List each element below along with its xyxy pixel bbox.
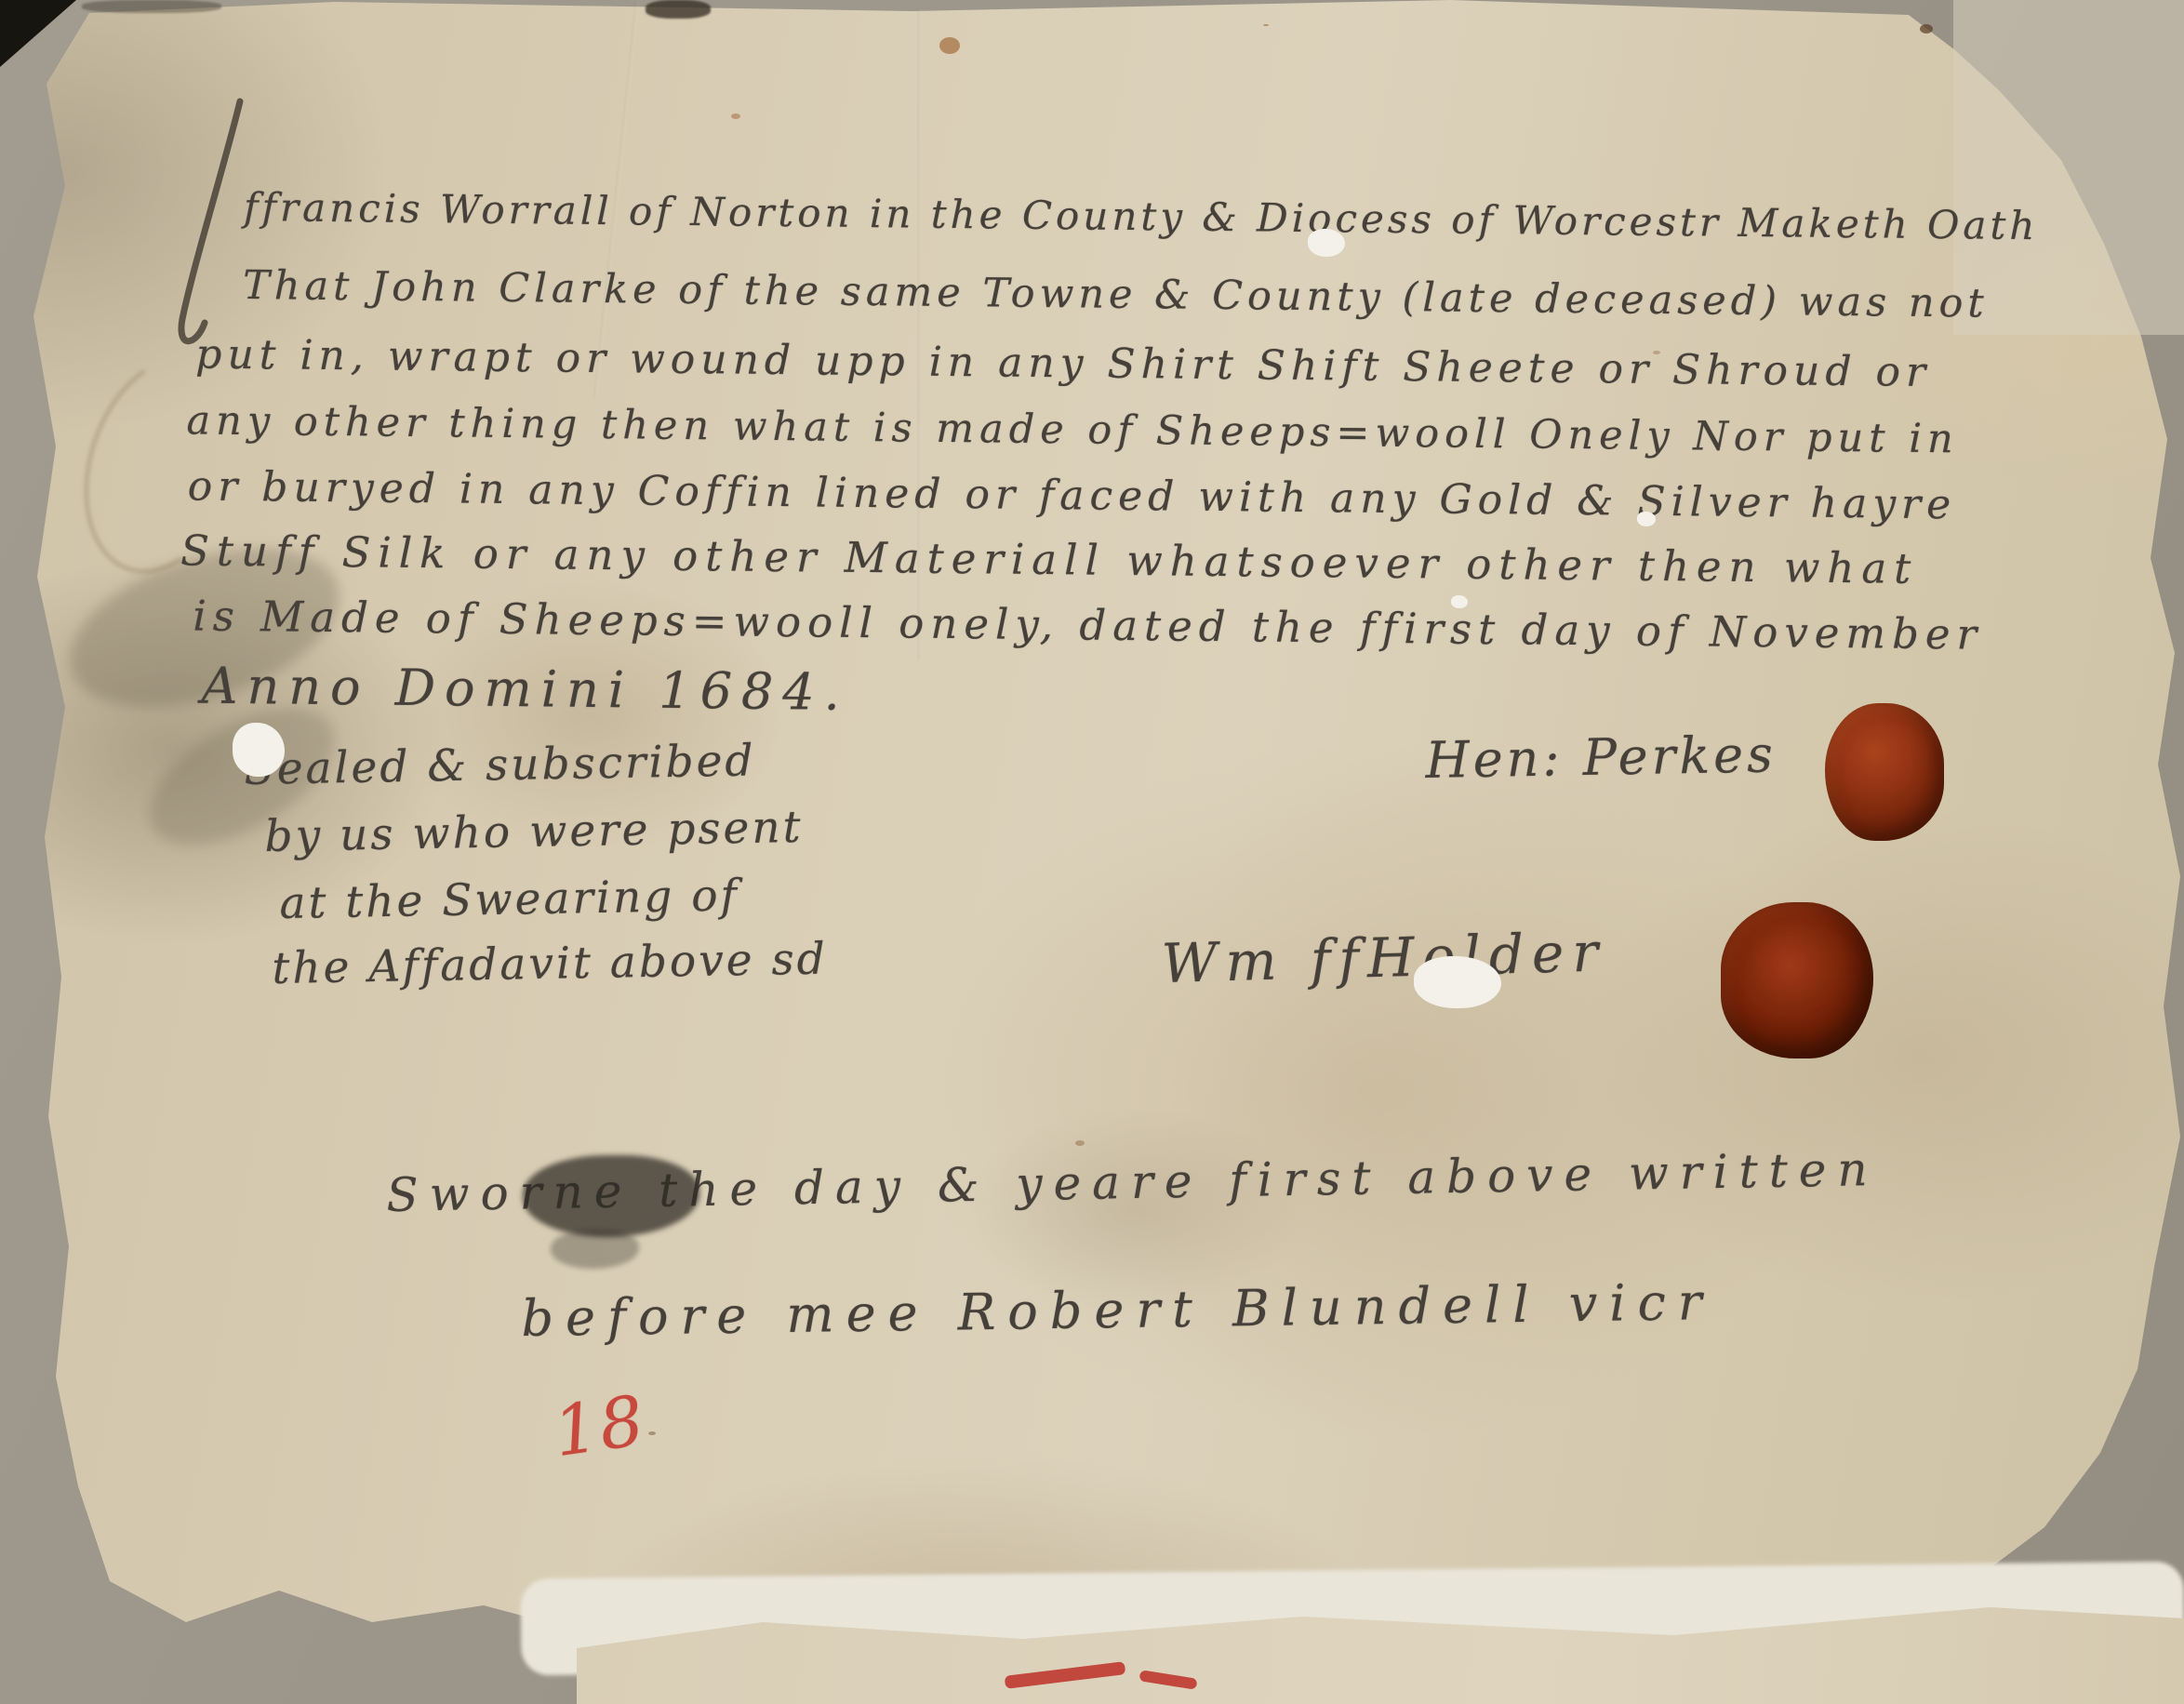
- paper-hole: [1414, 956, 1501, 1008]
- signature-hen-perkes: Hen: Perkes: [1425, 725, 1777, 790]
- red-pen-mark: [1139, 1670, 1197, 1690]
- folio-number: 18: [549, 1380, 650, 1472]
- attestation-line: at the Swearing of: [279, 870, 739, 929]
- attestation-line: by us who were psent: [264, 802, 804, 862]
- edge-mark: [646, 0, 711, 19]
- edge-mark: [82, 0, 221, 13]
- paper-hole: [1637, 512, 1656, 526]
- fox-spots: [939, 37, 960, 54]
- attestation-line: Sealed & subscribed: [244, 735, 756, 795]
- photograph-of-document: { "document": { "body_lines": [ "ffranci…: [0, 0, 2184, 1704]
- wax-seal-bottom: [1721, 902, 1873, 1058]
- paper-hole: [233, 723, 285, 777]
- paper-hole: [1308, 229, 1345, 257]
- red-pen-mark: [1005, 1661, 1126, 1689]
- paper-hole: [1451, 595, 1468, 608]
- opening-flourish: [121, 88, 288, 367]
- signature-wm-holder: Wm ffHolder: [1161, 920, 1607, 994]
- body-line-date: Anno Domini 1684.: [201, 657, 849, 722]
- wax-seal-top: [1825, 703, 1944, 841]
- attestation-line: the Affadavit above sd: [272, 934, 828, 994]
